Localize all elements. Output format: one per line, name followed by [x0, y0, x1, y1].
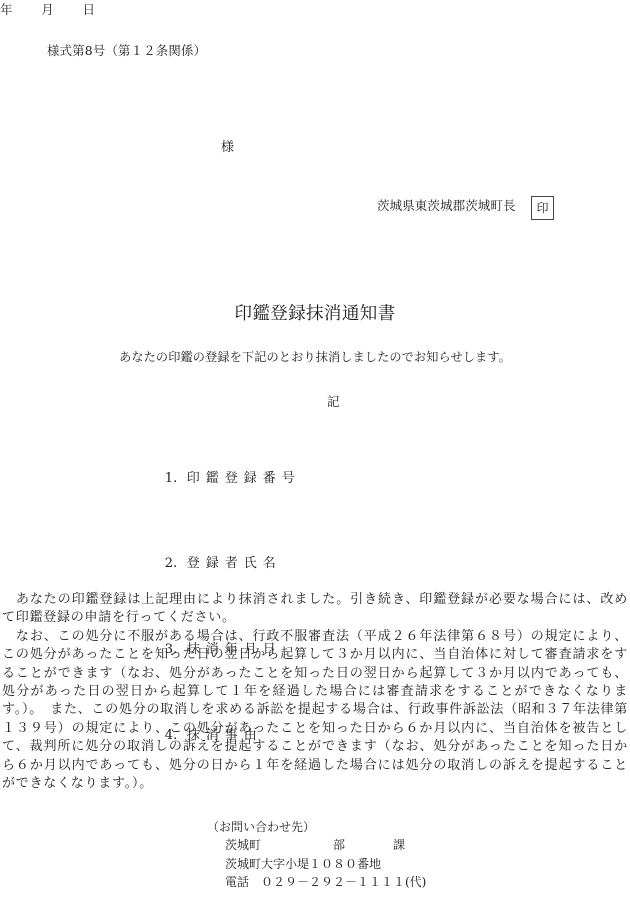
- record-marker: 記: [327, 396, 340, 409]
- form-number-label: 様式第8号（第１２条関係）: [47, 45, 206, 57]
- body-paragraph-1: あなたの印鑑登録は上記理由により抹消されました。引き続き、印鑑登録が必要な場合に…: [2, 591, 628, 628]
- issuer-title: 茨城県東茨城郡茨城町長: [377, 200, 516, 213]
- contact-address: 茨城町大字小堤１０８０番地: [207, 855, 426, 873]
- month-label: 月: [41, 0, 54, 18]
- list-item-number: 1.: [165, 465, 187, 494]
- notice-sentence: あなたの印鑑の登録を下記のとおり抹消しましたのでお知らせします。: [0, 351, 630, 363]
- list-item-label: 印鑑登録番号: [187, 471, 301, 486]
- contact-phone: 電話 ０２９－２９２－１１１１(代): [207, 873, 426, 891]
- seal-label: 印: [536, 202, 548, 214]
- day-label: 日: [82, 0, 95, 18]
- list-item-label: 登録者氏名: [187, 556, 282, 571]
- addressee-honorific: 様: [221, 141, 234, 154]
- contact-office: 茨城町 部 課: [207, 836, 426, 854]
- list-item-number: 2.: [165, 550, 187, 579]
- document-title: 印鑑登録抹消通知書: [0, 306, 630, 324]
- body-text: あなたの印鑑登録は上記理由により抹消されました。引き続き、印鑑登録が必要な場合に…: [2, 591, 628, 793]
- contact-block: （お問い合わせ先） 茨城町 部 課 茨城町大字小堤１０８０番地 電話 ０２９－２…: [207, 818, 426, 891]
- year-label: 年: [0, 0, 13, 18]
- contact-heading: （お問い合わせ先）: [207, 818, 426, 836]
- document-page: 様式第8号（第１２条関係） 年 月 日 様 茨城県東茨城郡茨城町長 印 印鑑登録…: [0, 0, 630, 903]
- list-item: 1.印鑑登録番号: [140, 436, 301, 522]
- date-placeholder-line: 年 月 日: [0, 0, 95, 18]
- body-paragraph-2: なお、この処分に不服がある場合は、行政不服審査法（平成２６年法律第６８号）の規定…: [2, 628, 628, 794]
- seal-box: 印: [531, 196, 554, 220]
